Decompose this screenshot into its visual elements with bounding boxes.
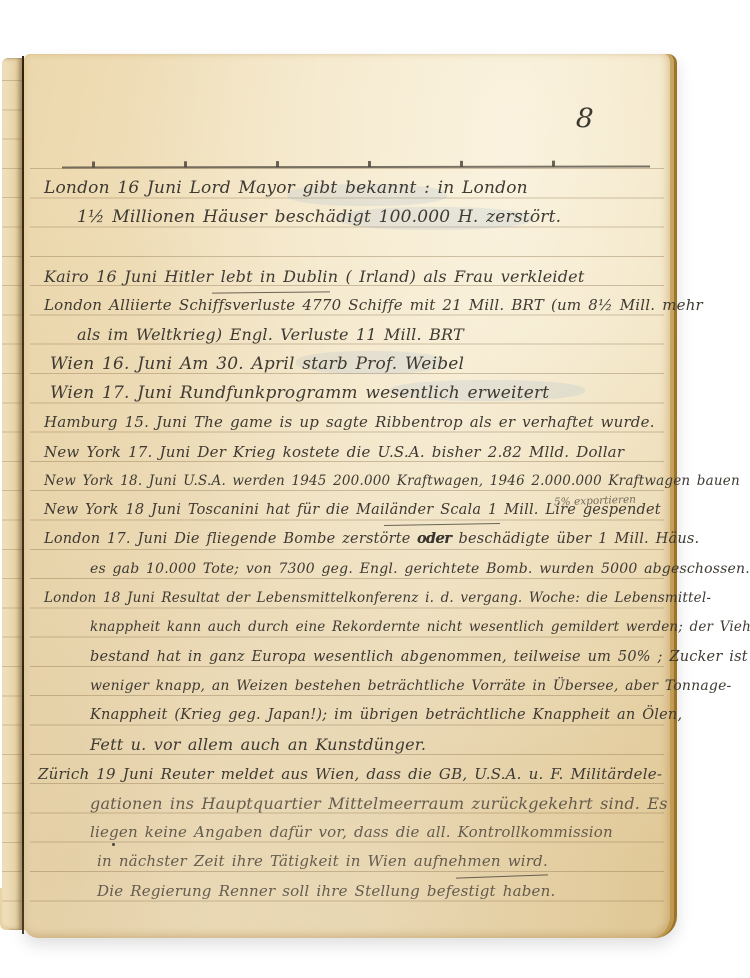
- handwriting-block: London 16 Juni Lord Mayor gibt bekannt :…: [44, 174, 672, 906]
- journal-line: liegen keine Angaben dafür vor, dass die…: [44, 818, 672, 847]
- journal-line: Hamburg 15. Juni The game is up sagte Ri…: [44, 408, 672, 437]
- journal-line: bestand hat in ganz Europa wesentlich ab…: [44, 643, 672, 672]
- blank-line: [44, 233, 672, 262]
- adjacent-page-edge: [2, 58, 22, 930]
- ink-dot: [112, 843, 115, 846]
- journal-line: Fett u. vor allem auch an Kunstdünger.: [44, 730, 672, 759]
- journal-line: in nächster Zeit ihre Tätigkeit in Wien …: [44, 847, 672, 876]
- journal-line: Die Regierung Renner soll ihre Stellung …: [44, 877, 672, 906]
- journal-line: Wien 16. Juni Am 30. April starb Prof. W…: [44, 350, 672, 379]
- journal-line: New York 17. Juni Der Krieg kostete die …: [44, 438, 672, 467]
- pencil-separator-line: [62, 165, 650, 168]
- journal-line: London 17. Juni Die fliegende Bombe zers…: [44, 525, 672, 554]
- journal-line: Wien 17. Juni Rundfunkprogramm wesentlic…: [44, 379, 672, 408]
- journal-line: Zürich 19 Juni Reuter meldet aus Wien, d…: [38, 760, 672, 789]
- journal-line: es gab 10.000 Tote; von 7300 geg. Engl. …: [44, 555, 672, 584]
- journal-line: Knappheit (Krieg geg. Japan!); im übrige…: [44, 701, 672, 730]
- journal-line-part: beschädigte über 1 Mill. Häus.: [452, 531, 700, 547]
- ink-dot: [86, 772, 88, 774]
- journal-line: 1½ Millionen Häuser beschädigt 100.000 H…: [44, 203, 672, 232]
- journal-line: Kairo 16 Juni Hitler lebt in Dublin ( Ir…: [44, 262, 672, 291]
- notebook-page: 8 London 16 Juni Lord Mayor gibt bekannt…: [24, 54, 677, 938]
- overwritten-word: oder: [417, 531, 451, 547]
- journal-line-part: London 17. Juni Die fliegende Bombe zers…: [44, 531, 417, 547]
- journal-line: London 18 Juni Resultat der Lebensmittel…: [44, 584, 672, 613]
- journal-line: London Alliierte Schiffsverluste 4770 Sc…: [44, 291, 672, 320]
- journal-line: als im Weltkrieg) Engl. Verluste 11 Mill…: [44, 320, 672, 349]
- notebook-photo: 8 London 16 Juni Lord Mayor gibt bekannt…: [0, 0, 750, 978]
- journal-line: weniger knapp, an Weizen bestehen beträc…: [44, 672, 672, 701]
- journal-line: gationen ins Hauptquartier Mittelmeerrau…: [44, 789, 672, 818]
- journal-line: New York 18. Juni U.S.A. werden 1945 200…: [44, 467, 672, 496]
- journal-line: London 16 Juni Lord Mayor gibt bekannt :…: [44, 174, 672, 203]
- page-number: 8: [575, 103, 617, 137]
- journal-line: knappheit kann auch durch eine Rekordern…: [44, 613, 672, 642]
